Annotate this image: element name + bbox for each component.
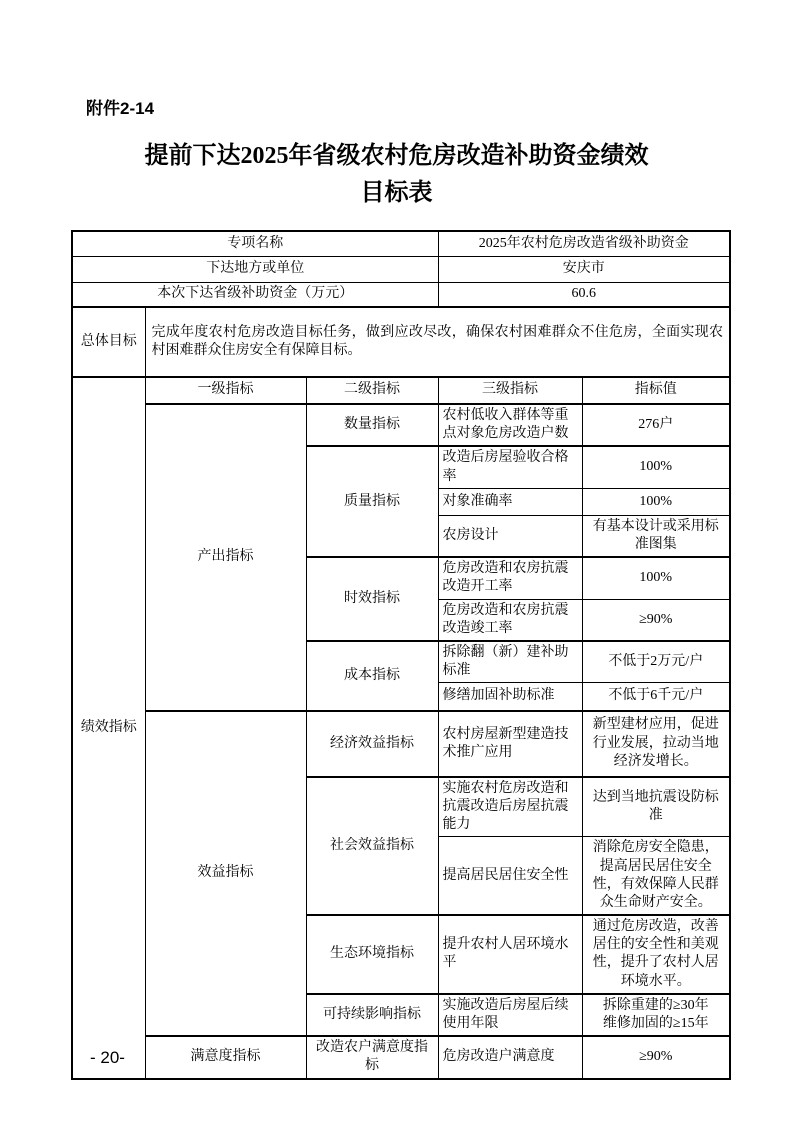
- column-header: 三级指标: [438, 377, 582, 404]
- table-row: 专项名称2025年农村危房改造省级补助资金: [72, 231, 730, 256]
- level2-indicator: 改造农户满意度指标: [306, 1036, 438, 1078]
- level3-indicator: 实施农村危房改造和抗震改造后房屋抗震能力: [438, 777, 582, 837]
- table-body: 专项名称2025年农村危房改造省级补助资金下达地方或单位安庆市本次下达省级补助资…: [72, 231, 730, 1079]
- level3-indicator: 改造后房屋验收合格率: [438, 446, 582, 488]
- level2-indicator: 数量指标: [306, 404, 438, 446]
- indicator-value: 有基本设计或采用标准图集: [582, 515, 730, 557]
- indicator-value: 新型建材应用，促进行业发展，拉动当地经济发增长。: [582, 711, 730, 777]
- table-row: 产出指标数量指标农村低收入群体等重点对象危房改造户数276户: [72, 404, 730, 446]
- info-label: 下达地方或单位: [72, 256, 438, 282]
- page-title: 提前下达2025年省级农村危房改造补助资金绩效目标表: [40, 138, 753, 212]
- level3-indicator: 农村房屋新型建造技术推广应用: [438, 711, 582, 777]
- info-label: 本次下达省级补助资金（万元）: [72, 282, 438, 307]
- table-row: 效益指标经济效益指标农村房屋新型建造技术推广应用新型建材应用，促进行业发展，拉动…: [72, 711, 730, 777]
- level1-indicator: 满意度指标: [145, 1036, 306, 1078]
- info-label: 专项名称: [72, 231, 438, 256]
- level2-indicator: 成本指标: [306, 641, 438, 711]
- info-value: 2025年农村危房改造省级补助资金: [438, 231, 730, 256]
- column-header: 二级指标: [306, 377, 438, 404]
- section-label: 总体目标: [72, 307, 145, 377]
- level1-indicator: 效益指标: [145, 711, 306, 1036]
- level3-indicator: 提升农村人居环境水平: [438, 915, 582, 994]
- section-label: 绩效指标: [72, 377, 145, 1079]
- level2-indicator: 经济效益指标: [306, 711, 438, 777]
- level3-indicator: 危房改造户满意度: [438, 1036, 582, 1078]
- level1-indicator: 产出指标: [145, 404, 306, 711]
- indicator-value: 100%: [582, 557, 730, 599]
- indicator-value: 达到当地抗震设防标准: [582, 777, 730, 837]
- level3-indicator: 农村低收入群体等重点对象危房改造户数: [438, 404, 582, 446]
- info-value: 60.6: [438, 282, 730, 307]
- indicator-value: 100%: [582, 488, 730, 515]
- indicator-value: 276户: [582, 404, 730, 446]
- level2-indicator: 可持续影响指标: [306, 994, 438, 1036]
- page-title-line2: 目标表: [361, 180, 433, 206]
- level2-indicator: 质量指标: [306, 446, 438, 557]
- level3-indicator: 对象准确率: [438, 488, 582, 515]
- level2-indicator: 时效指标: [306, 557, 438, 641]
- table-row: 总体目标完成年度农村危房改造目标任务，做到应改尽改，确保农村困难群众不住危房，全…: [72, 307, 730, 377]
- info-value: 安庆市: [438, 256, 730, 282]
- page-number: - 20-: [90, 1048, 125, 1068]
- indicator-value: 拆除重建的≥30年 维修加固的≥15年: [582, 994, 730, 1036]
- level3-indicator: 修缮加固补助标准: [438, 683, 582, 711]
- indicator-value: 消除危房安全隐患，提高居民居住安全性，有效保障人民群众生命财产安全。: [582, 837, 730, 915]
- level2-indicator: 社会效益指标: [306, 777, 438, 915]
- column-header: 一级指标: [145, 377, 306, 404]
- level3-indicator: 拆除翻（新）建补助标准: [438, 641, 582, 683]
- level2-indicator: 生态环境指标: [306, 915, 438, 994]
- indicator-value: 不低于6千元/户: [582, 683, 730, 711]
- indicator-value: 100%: [582, 446, 730, 488]
- level3-indicator: 危房改造和农房抗震改造开工率: [438, 557, 582, 599]
- indicator-value: ≥90%: [582, 599, 730, 641]
- performance-target-table: 专项名称2025年农村危房改造省级补助资金下达地方或单位安庆市本次下达省级补助资…: [71, 230, 731, 1080]
- level3-indicator: 农房设计: [438, 515, 582, 557]
- level3-indicator: 危房改造和农房抗震改造竣工率: [438, 599, 582, 641]
- table-row: 本次下达省级补助资金（万元）60.6: [72, 282, 730, 307]
- overall-goal-text: 完成年度农村危房改造目标任务，做到应改尽改，确保农村困难群众不住危房，全面实现农…: [145, 307, 730, 377]
- attachment-label: 附件2-14: [86, 94, 154, 119]
- document-page: 附件2-14 提前下达2025年省级农村危房改造补助资金绩效目标表 专项名称20…: [0, 0, 793, 1122]
- indicator-value: ≥90%: [582, 1036, 730, 1078]
- table-row: 绩效指标一级指标二级指标三级指标指标值: [72, 377, 730, 404]
- page-title-line1: 提前下达2025年省级农村危房改造补助资金绩效: [145, 143, 649, 169]
- column-header: 指标值: [582, 377, 730, 404]
- level3-indicator: 提高居民居住安全性: [438, 837, 582, 915]
- table-row: 满意度指标改造农户满意度指标危房改造户满意度≥90%: [72, 1036, 730, 1078]
- level3-indicator: 实施改造后房屋后续使用年限: [438, 994, 582, 1036]
- indicator-value: 不低于2万元/户: [582, 641, 730, 683]
- table-row: 下达地方或单位安庆市: [72, 256, 730, 282]
- indicator-value: 通过危房改造，改善居住的安全性和美观性，提升了农村人居环境水平。: [582, 915, 730, 994]
